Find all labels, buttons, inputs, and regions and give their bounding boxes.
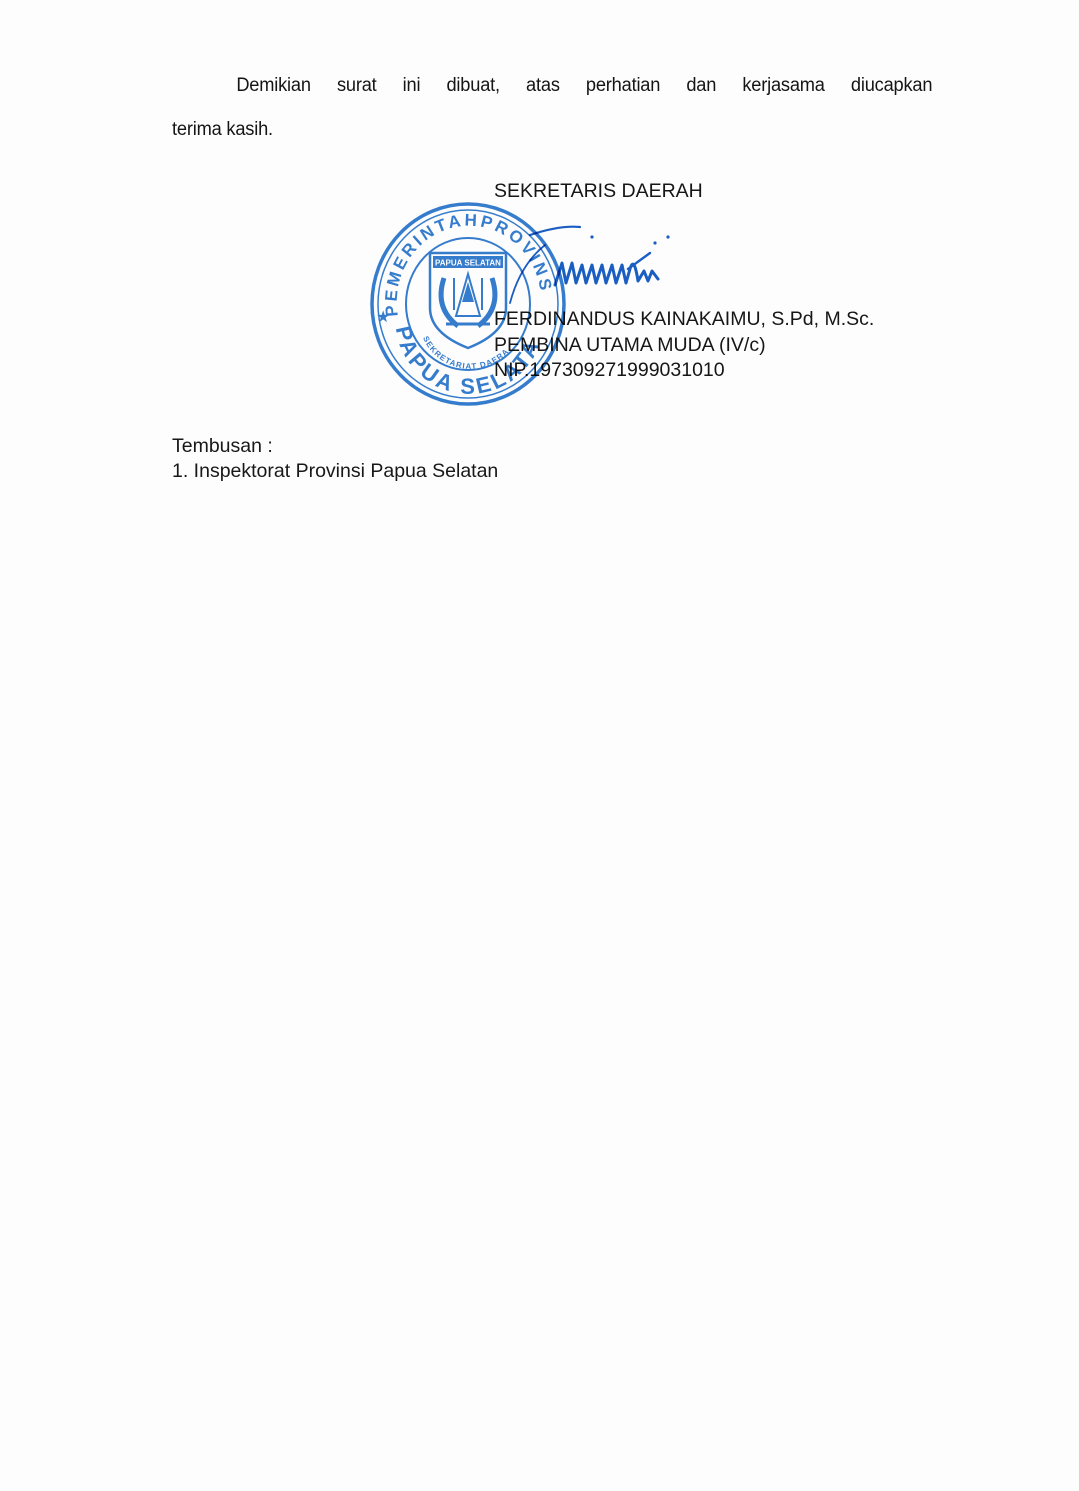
closing-line-2: terima kasih. (172, 108, 902, 152)
carbon-copy-item: 1. Inspektorat Provinsi Papua Selatan (172, 459, 498, 484)
closing-line-1: Demikian surat ini dibuat, atas perhatia… (172, 64, 932, 108)
svg-text:PAPUA SELATAN: PAPUA SELATAN (435, 259, 501, 268)
svg-text:★: ★ (376, 307, 390, 326)
closing-paragraph: Demikian surat ini dibuat, atas perhatia… (172, 64, 932, 152)
handwritten-signature-icon (500, 215, 700, 305)
carbon-copy-section: Tembusan : 1. Inspektorat Provinsi Papua… (172, 434, 498, 484)
letter-page: Demikian surat ini dibuat, atas perhatia… (0, 0, 1079, 1491)
carbon-copy-heading: Tembusan : (172, 434, 498, 459)
